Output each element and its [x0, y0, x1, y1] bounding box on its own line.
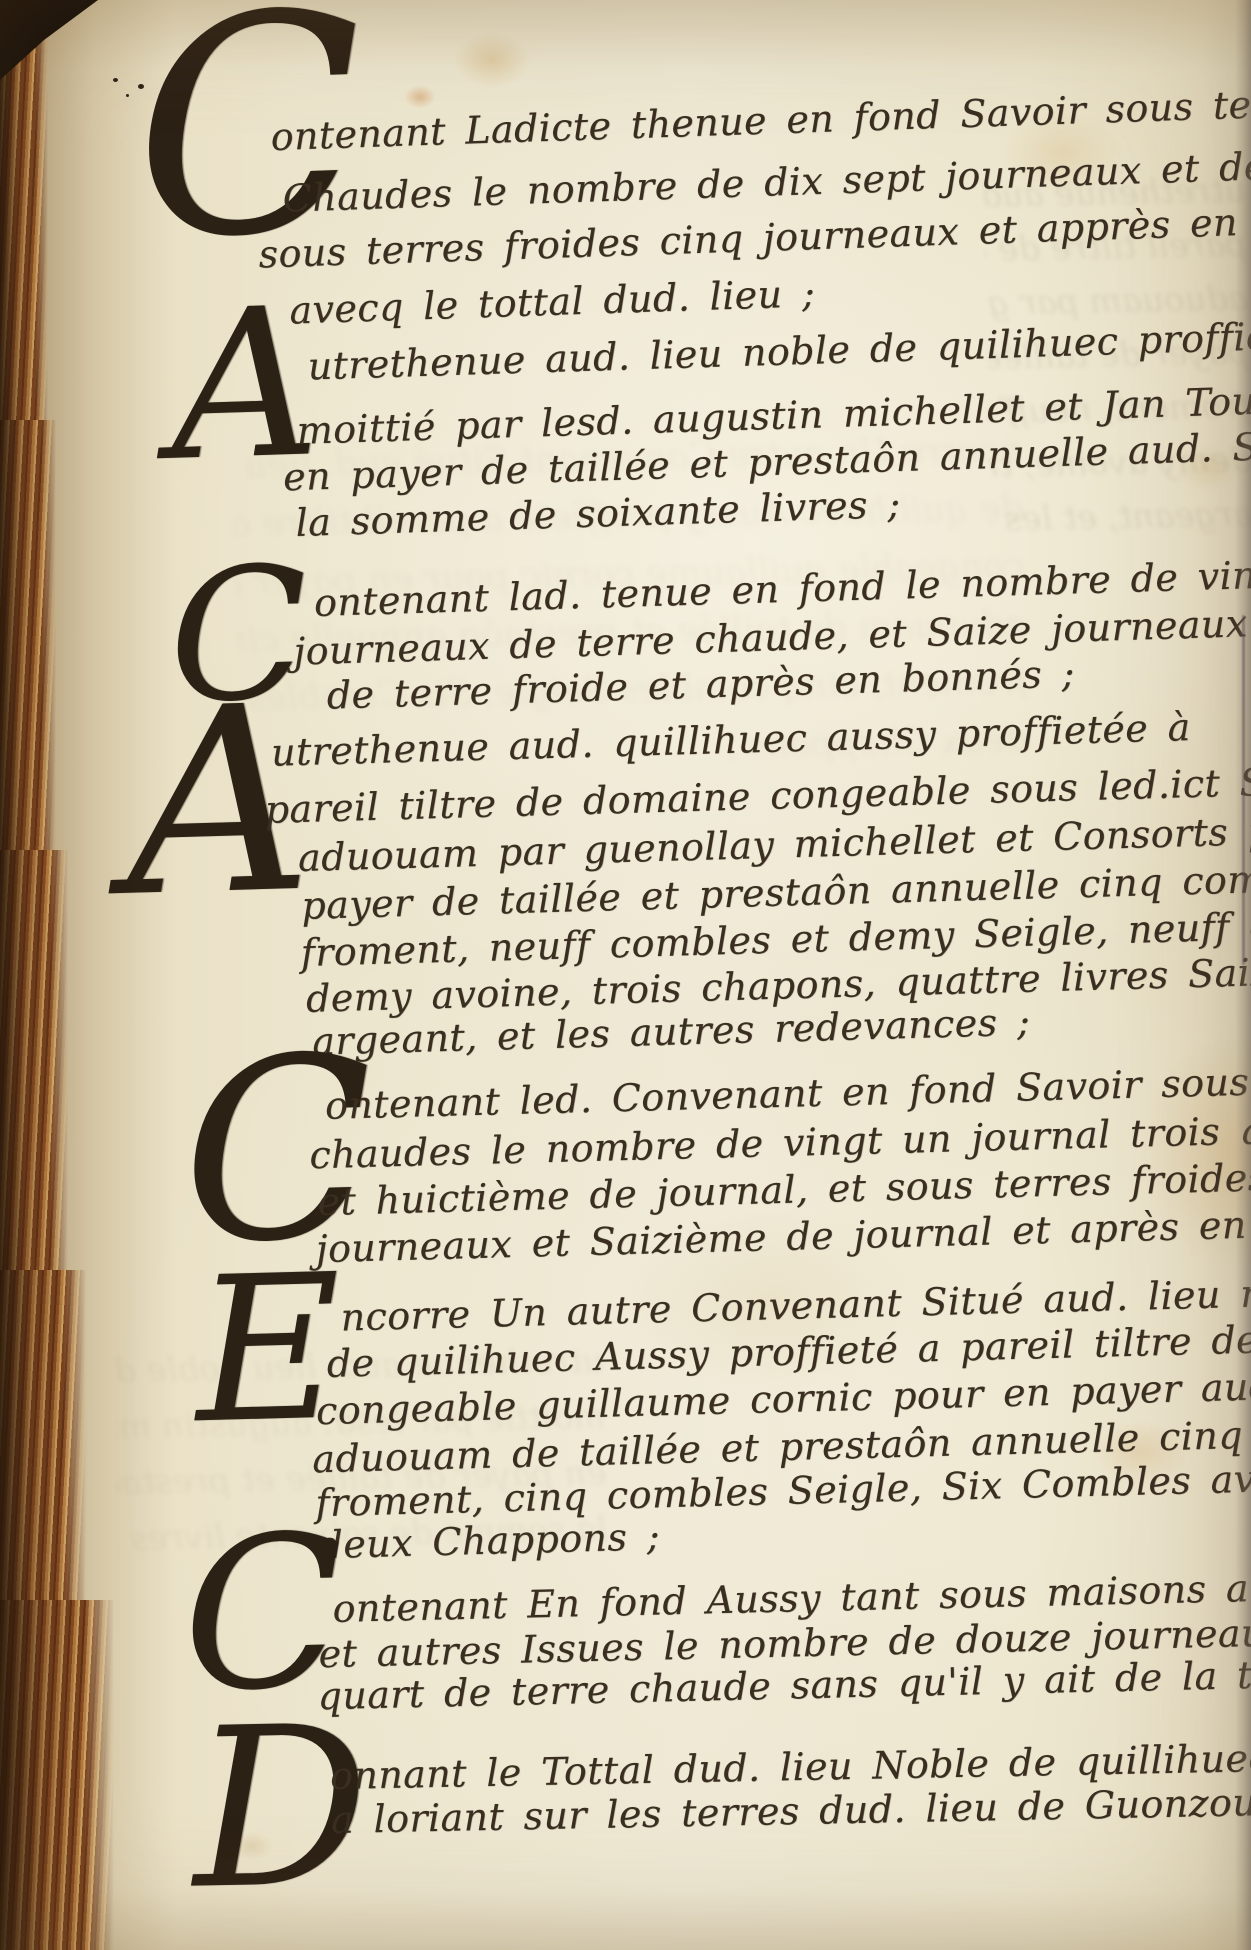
book-binding-edge: [0, 1270, 86, 1600]
book-binding-edge: [0, 850, 68, 1270]
book-binding-edge: [0, 420, 56, 850]
manuscript-photo: utrethenue aud. quillihuec aussy proffie…: [0, 0, 1251, 1950]
facing-page-edge-line: [1242, 615, 1245, 965]
paragraph-8: Donnant le Tottal dud. lieu Noble de qui…: [0, 0, 1251, 1950]
ink-speck: [126, 94, 129, 97]
ink-speck: [138, 84, 144, 89]
manuscript-text: Contenant Ladicte thenue en fond Savoir …: [0, 0, 1251, 1950]
ink-speck: [113, 78, 118, 82]
book-binding-edge: [0, 1600, 114, 1950]
